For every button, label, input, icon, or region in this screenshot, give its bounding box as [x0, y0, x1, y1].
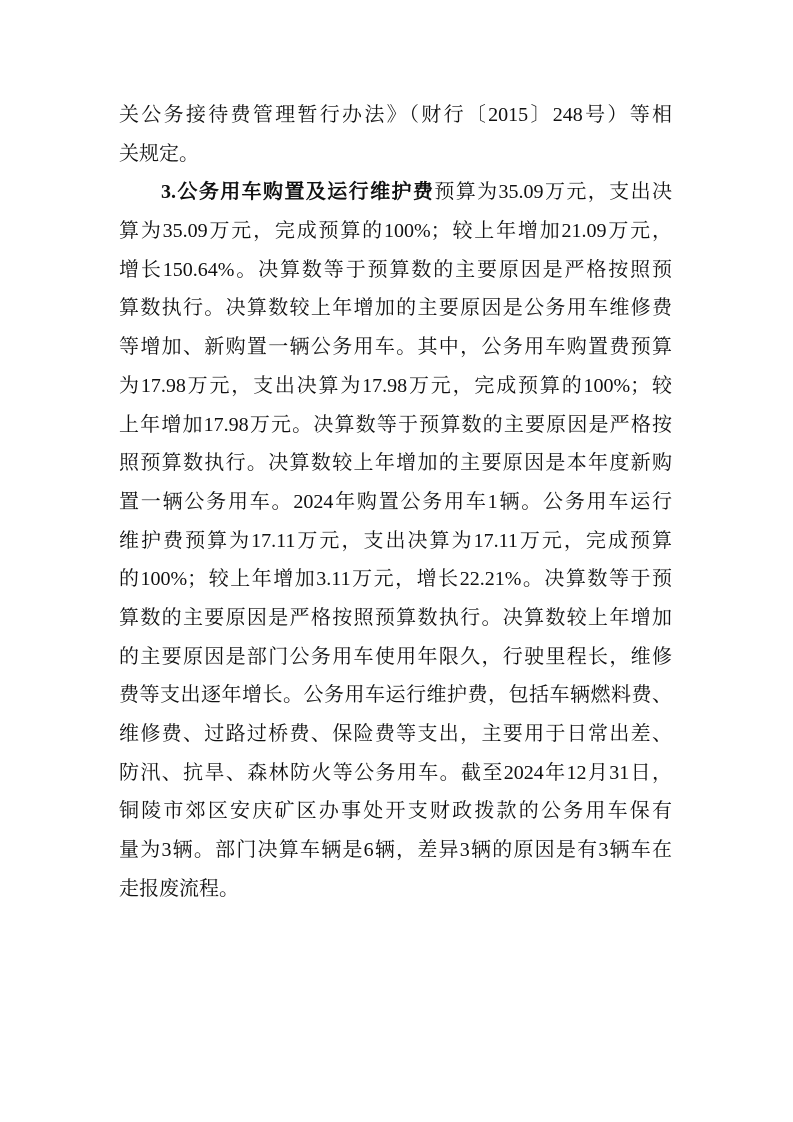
text-line: 算数的主要原因是严格按照预算数执行。决算数较上年增加: [119, 599, 672, 638]
text-line: 为17.98万元，支出决算为17.98万元，完成预算的100%；较: [119, 367, 672, 406]
document-page: 关公务接待费管理暂行办法》（财行〔2015〕248号）等相 关规定。 3.公务用…: [119, 96, 672, 908]
text-line: 上年增加17.98万元。决算数等于预算数的主要原因是严格按: [119, 406, 672, 445]
text-line: 费等支出逐年增长。公务用车运行维护费，包括车辆燃料费、: [119, 676, 672, 715]
text-line: 的主要原因是部门公务用车使用年限久，行驶里程长，维修: [119, 638, 672, 677]
section-heading: 3.公务用车购置及运行维护费: [161, 181, 434, 203]
text-line: 维护费预算为17.11万元，支出决算为17.11万元，完成预算: [119, 522, 672, 561]
text-span: 预算为35.09万元，支出决: [434, 181, 672, 203]
text-line: 量为3辆。部门决算车辆是6辆，差异3辆的原因是有3辆车在: [119, 831, 672, 870]
text-line: 走报废流程。: [119, 870, 672, 909]
text-line: 等增加、新购置一辆公务用车。其中，公务用车购置费预算: [119, 328, 672, 367]
text-line: 防汛、抗旱、森林防火等公务用车。截至2024年12月31日，: [119, 754, 672, 793]
text-line: 关公务接待费管理暂行办法》（财行〔2015〕248号）等相: [119, 96, 672, 135]
text-line: 置一辆公务用车。2024年购置公务用车1辆。公务用车运行: [119, 483, 672, 522]
section-heading-line: 3.公务用车购置及运行维护费预算为35.09万元，支出决: [119, 173, 672, 212]
text-line: 算数执行。决算数较上年增加的主要原因是公务用车维修费: [119, 289, 672, 328]
text-line: 增长150.64%。决算数等于预算数的主要原因是严格按照预: [119, 251, 672, 290]
text-line: 的100%；较上年增加3.11万元，增长22.21%。决算数等于预: [119, 560, 672, 599]
text-line: 算为35.09万元，完成预算的100%；较上年增加21.09万元，: [119, 212, 672, 251]
text-line: 维修费、过路过桥费、保险费等支出，主要用于日常出差、: [119, 715, 672, 754]
text-line: 铜陵市郊区安庆矿区办事处开支财政拨款的公务用车保有: [119, 792, 672, 831]
text-line: 关规定。: [119, 135, 672, 174]
text-line: 照预算数执行。决算数较上年增加的主要原因是本年度新购: [119, 444, 672, 483]
